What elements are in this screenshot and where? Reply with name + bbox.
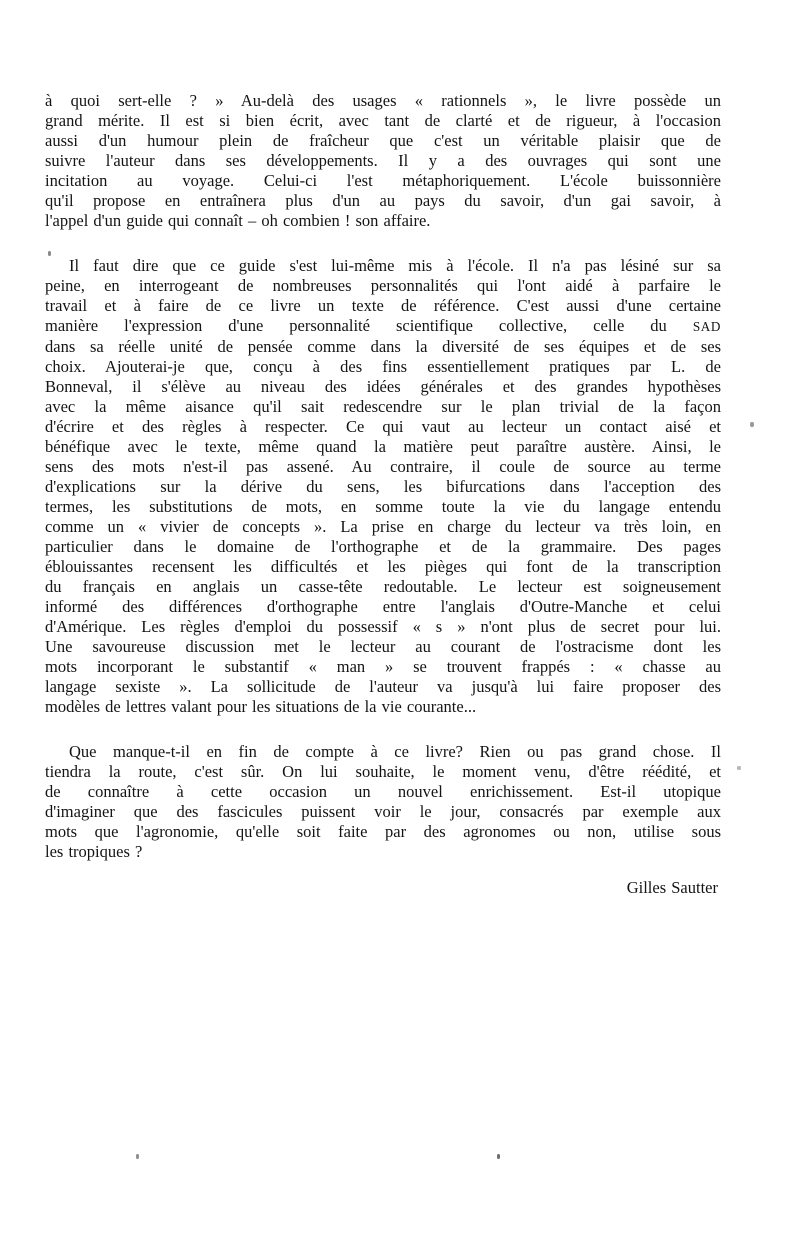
text-block: à quoi sert-elle ? » Au-delà des usages … [45,91,721,898]
text-line: termes, les substitutions de mots, en so… [45,497,721,517]
text-line: à quoi sert-elle ? » Au-delà des usages … [45,91,721,111]
author-signature: Gilles Sautter [45,878,721,898]
text-line: langage sexiste ». La sollicitude de l'a… [45,677,721,697]
text-line: sens des mots n'est-il pas assené. Au co… [45,457,721,477]
text-line: bénéfique avec le texte, même quand la m… [45,437,721,457]
text-line: d'explications sur la dérive du sens, le… [45,477,721,497]
scan-artifact [48,251,51,256]
text-line: avec la même aisance qu'il sait redescen… [45,397,721,417]
text-line: Que manque-t-il en fin de compte à ce li… [45,742,721,762]
text-line: modèles de lettres valant pour les situa… [45,697,721,717]
text-line: dans sa réelle unité de pensée comme dan… [45,337,721,357]
text-line: de connaître à cette occasion un nouvel … [45,782,721,802]
text-line: informé des différences d'orthographe en… [45,597,721,617]
text-line: aussi d'un humour plein de fraîcheur que… [45,131,721,151]
text-line: Il faut dire que ce guide s'est lui-même… [45,256,721,276]
scan-artifact [737,766,741,770]
text-line: travail et à faire de ce livre un texte … [45,296,721,316]
text-line: peine, en interrogeant de nombreuses per… [45,276,721,296]
text-line: d'imaginer que des fascicules puissent v… [45,802,721,822]
text-line: comme un « vivier de concepts ». La pris… [45,517,721,537]
paragraph: Il faut dire que ce guide s'est lui-même… [45,256,721,717]
scan-artifact [497,1154,500,1159]
scanned-page: { "page": { "background": "#ffffff", "in… [0,0,800,1234]
paragraph: Que manque-t-il en fin de compte à ce li… [45,742,721,862]
text-line: éblouissantes recensent les difficultés … [45,557,721,577]
text-line: tiendra la route, c'est sûr. On lui souh… [45,762,721,782]
scan-artifact [136,1154,139,1159]
paragraph: à quoi sert-elle ? » Au-delà des usages … [45,91,721,231]
text-line: l'appel d'un guide qui connaît – oh comb… [45,211,721,231]
text-line: d'écrire et des règles à respecter. Ce q… [45,417,721,437]
text-line: mots que l'agronomie, qu'elle soit faite… [45,822,721,842]
text-line: les tropiques ? [45,842,721,862]
text-segment: manière l'expression d'une personnalité … [45,316,693,335]
text-line: Bonneval, il s'élève au niveau des idées… [45,377,721,397]
text-line: Une savoureuse discussion met le lecteur… [45,637,721,657]
text-line: grand mérite. Il est si bien écrit, avec… [45,111,721,131]
text-line: qu'il propose en entraînera plus d'un au… [45,191,721,211]
text-line: choix. Ajouterai-je que, conçu à des fin… [45,357,721,377]
text-line: d'Amérique. Les règles d'emploi du posse… [45,617,721,637]
text-line: du français en anglais un casse-tête red… [45,577,721,597]
text-line: suivre l'auteur dans ses développements.… [45,151,721,171]
text-line: mots incorporant le substantif « man » s… [45,657,721,677]
scan-artifact [750,422,754,427]
acronym-smallcaps: SAD [693,319,721,334]
text-line: particulier dans le domaine de l'orthogr… [45,537,721,557]
text-line: incitation au voyage. Celui-ci l'est mét… [45,171,721,191]
text-line: manière l'expression d'une personnalité … [45,316,721,337]
